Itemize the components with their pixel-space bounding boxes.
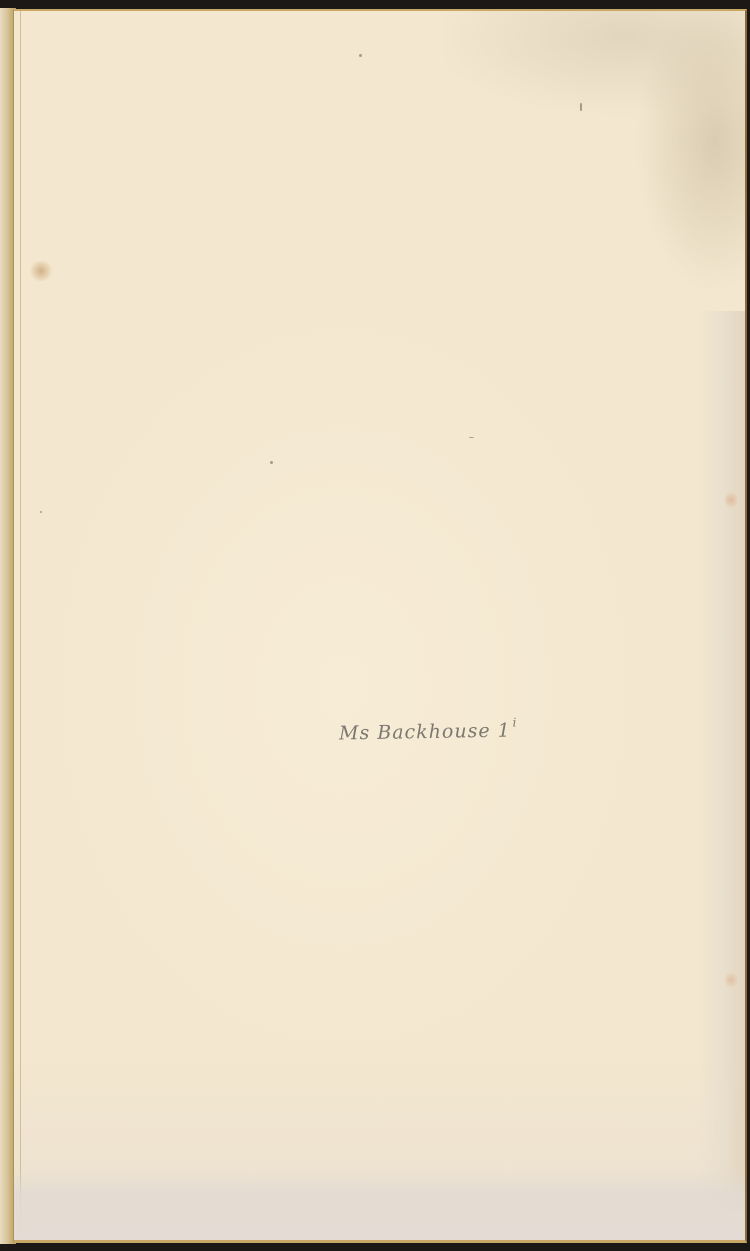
ink-speck bbox=[270, 461, 273, 464]
handwritten-shelfmark: Ms Backhouse 1i bbox=[339, 719, 516, 744]
ink-speck bbox=[469, 437, 474, 438]
right-margin-strip bbox=[697, 311, 745, 1211]
scanned-page: Ms Backhouse 1i bbox=[0, 0, 750, 1251]
foxing-spot bbox=[725, 971, 737, 989]
gutter-line bbox=[20, 11, 21, 1240]
foxing-spot bbox=[28, 261, 54, 281]
ink-speck bbox=[580, 103, 582, 111]
foxing-spot bbox=[725, 491, 737, 509]
shelfmark-superscript: i bbox=[512, 715, 517, 729]
shelfmark-text: Ms Backhouse 1 bbox=[339, 720, 511, 745]
flyleaf: Ms Backhouse 1i bbox=[14, 9, 747, 1243]
ink-speck bbox=[40, 511, 42, 513]
ink-speck bbox=[359, 54, 362, 57]
stain-top-right bbox=[445, 11, 745, 341]
stain-bottom bbox=[14, 1170, 745, 1240]
